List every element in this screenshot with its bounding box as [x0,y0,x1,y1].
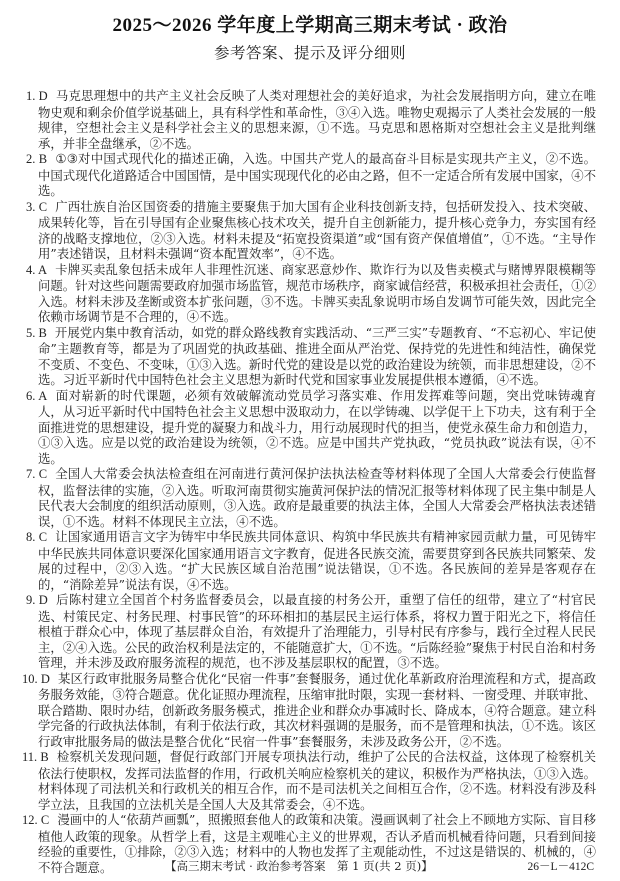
question-number: 11. B [22,750,49,764]
answer-item-4: 4. A卡牌买卖乱象包括未成年人非理性沉迷、商家恶意炒作、欺诈行为以及售卖模式与… [26,262,596,325]
document-subtitle: 参考答案、提示及评分细则 [0,41,620,63]
answer-item-11: 11. B检察机关发现问题，督促行政部门开展专项执法行动，维护了公民的合法权益，… [26,749,596,812]
question-number: 2. B [26,152,47,166]
page-footer: 【高三期末考试 · 政治参考答案 第 1 页(共 2 页)】 26－L－412C [0,858,620,874]
answer-item-8: 8. C让国家通用语言文字为铸牢中华民族共同体意识、构筑中华民族共有精神家园贡献… [26,529,596,592]
answer-item-5: 5. B开展党内集中教育活动，如党的群众路线教育实践活动、“三严三实”专题教育、… [26,325,596,388]
document-code: 26－L－412C [528,858,594,874]
question-number: 6. A [26,389,47,403]
answer-explanation: 检察机关发现问题，督促行政部门开展专项执法行动，维护了公民的合法权益，这体现了检… [38,749,596,812]
answer-item-3: 3. C广西壮族自治区国资委的措施主要聚焦于加大国有企业科技创新支持，包括研发投… [26,199,596,262]
answer-explanation: 面对崭新的时代课题，必须有效破解流动党员学习落实难、作用发挥难等问题，突出党味铸… [38,388,596,466]
answer-explanation: 广西壮族自治区国资委的措施主要聚焦于加大国有企业科技创新支持，包括研发投入、技术… [38,199,596,262]
answer-item-6: 6. A面对崭新的时代课题，必须有效破解流动党员学习落实难、作用发挥难等问题，突… [26,388,596,467]
answer-item-1: 1. D马克思理想中的共产主义社会反映了人类对理想社会的美好追求，为社会发展指明… [26,88,596,151]
answer-explanation: 卡牌买卖乱象包括未成年人非理性沉迷、商家恶意炒作、欺诈行为以及售卖模式与赌博界限… [38,262,596,325]
question-number: 8. C [26,530,47,544]
question-number: 5. B [26,326,47,340]
answer-explanation: 马克思理想中的共产主义社会反映了人类对理想社会的美好追求，为社会发展指明方向，建… [38,88,596,151]
question-number: 9. D [26,593,48,607]
answer-item-9: 9. D后陈村建立全国首个村务监督委员会，以最直接的村务公开，重塑了信任的纽带，… [26,592,596,671]
answer-explanation: 开展党内集中教育活动，如党的群众路线教育实践活动、“三严三实”专题教育、“不忘初… [38,325,596,388]
answer-explanation: 后陈村建立全国首个村务监督委员会，以最直接的村务公开，重塑了信任的纽带，建立了“… [38,592,596,670]
answer-list: 1. D马克思理想中的共产主义社会反映了人类对理想社会的美好追求，为社会发展指明… [26,88,596,875]
document-title: 2025～2026 学年度上学期高三期末考试 · 政治 [0,10,620,37]
answer-explanation: 全国人大常委会执法检查组在河南进行黄河保护法执法检查等材料体现了全国人大常委会行… [38,466,596,529]
question-number: 7. C [26,467,47,481]
question-number: 4. A [26,263,47,277]
question-number: 1. D [26,89,48,103]
page-number-label: 【高三期末考试 · 政治参考答案 第 1 页(共 2 页)】 [165,858,433,874]
question-number: 12. C [22,813,49,827]
answer-explanation: 某区行政审批服务局整合优化“民宿一件事”套餐服务，通过优化革新政府治理流程和方式… [38,671,596,749]
question-number: 3. C [26,200,47,214]
answer-item-2: 2. B①③对中国式现代化的描述正确，入选。中国共产党人的最高奋斗目标是实现共产… [26,151,596,199]
answer-explanation: ①③对中国式现代化的描述正确，入选。中国共产党人的最高奋斗目标是实现共产主义，②… [38,151,596,198]
answer-item-7: 7. C全国人大常委会执法检查组在河南进行黄河保护法执法检查等材料体现了全国人大… [26,466,596,529]
question-number: 10. D [22,672,50,686]
answer-item-10: 10. D某区行政审批服务局整合优化“民宿一件事”套餐服务，通过优化革新政府治理… [26,671,596,750]
answer-explanation: 让国家通用语言文字为铸牢中华民族共同体意识、构筑中华民族共有精神家园贡献力量，可… [38,529,596,592]
